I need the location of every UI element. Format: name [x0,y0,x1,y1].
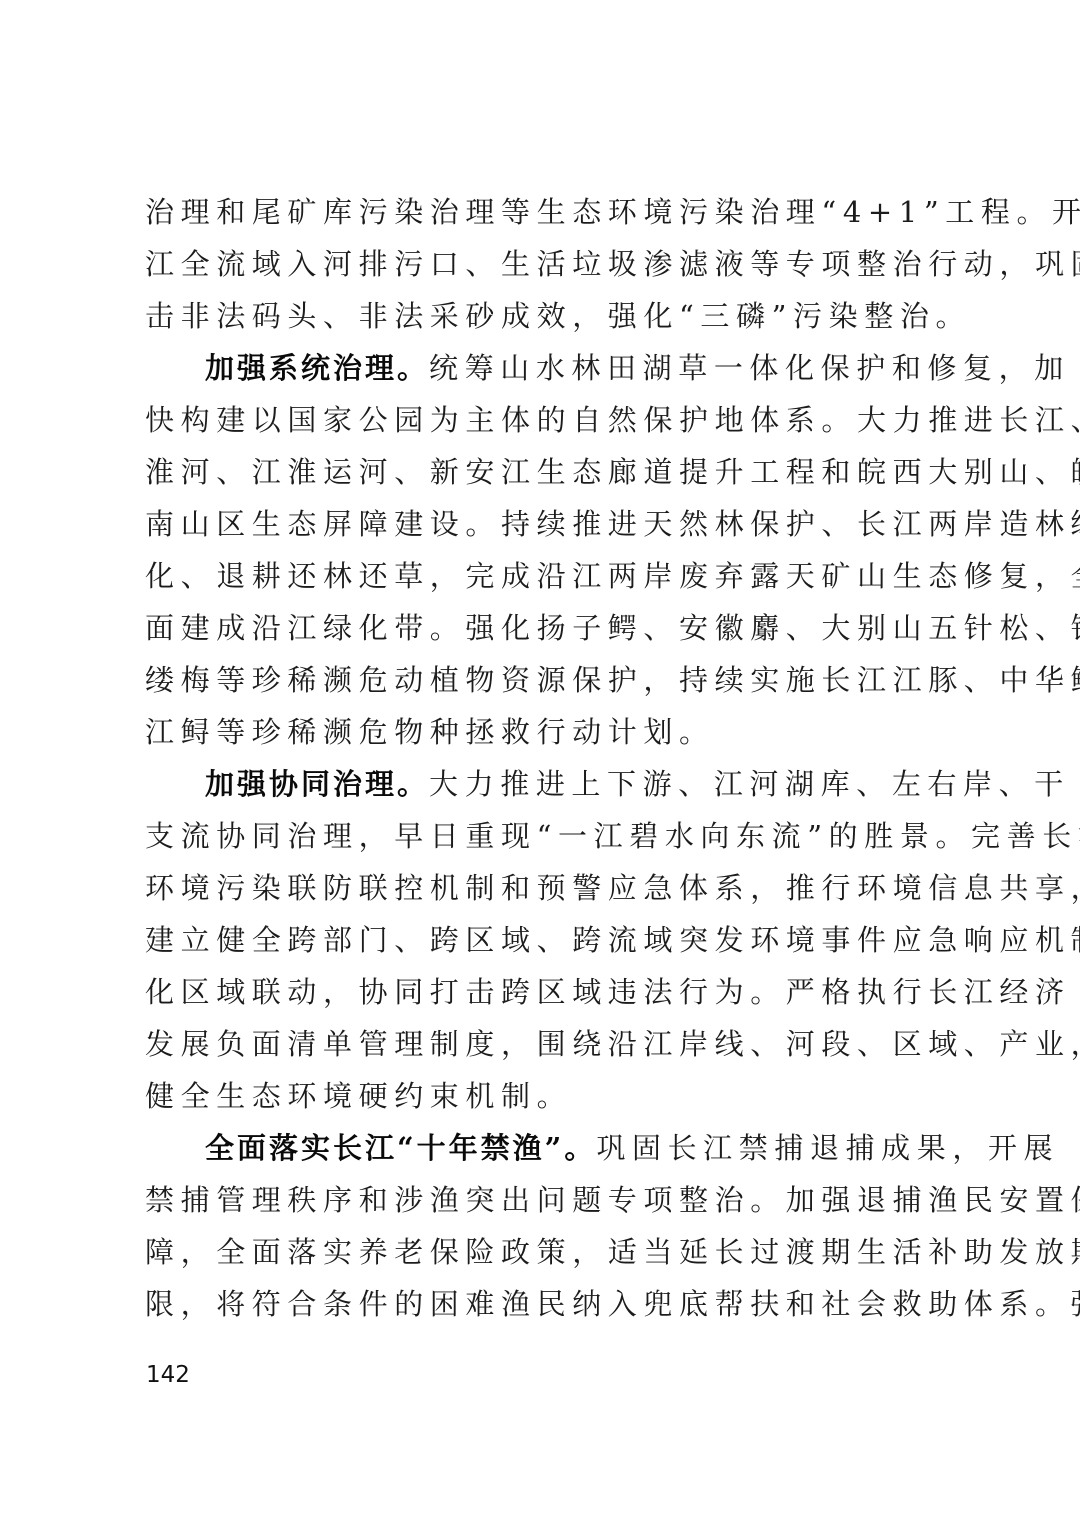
document-page: 治理和尾矿库污染治理等生态环境污染治理“4+1”工程。开展长 江全流域入河排污口… [0,0,1080,1527]
page-number: 142 [146,1362,190,1388]
text-line: 环境污染联防联控机制和预警应急体系，推行环境信息共享， [145,866,945,918]
text-line: 加强协同治理。大力推进上下游、江河湖库、左右岸、干 [145,762,945,814]
text-line: 击非法码头、非法采砂成效，强化“三磷”污染整治。 [145,294,945,346]
paragraph-fishing-ban: 全面落实长江“十年禁渔”。巩固长江禁捕退捕成果，开展 禁捕管理秩序和涉渔突出问题… [145,1126,945,1334]
text-line: 障，全面落实养老保险政策，适当延长过渡期生活补助发放期 [145,1230,945,1282]
text-line: 全面落实长江“十年禁渔”。巩固长江禁捕退捕成果，开展 [145,1126,945,1178]
text-line: 南山区生态屏障建设。持续推进天然林保护、长江两岸造林绿 [145,502,945,554]
text-line: 限，将符合条件的困难渔民纳入兜底帮扶和社会救助体系。强 [145,1282,945,1334]
text-line: 建立健全跨部门、跨区域、跨流域突发环境事件应急响应机制， 强 [145,918,945,970]
text-line: 健全生态环境硬约束机制。 [145,1074,945,1126]
text-line: 加强系统治理。统筹山水林田湖草一体化保护和修复，加 [145,346,945,398]
section-heading: 加强协同治理。 [205,767,429,801]
text-line: 治理和尾矿库污染治理等生态环境污染治理“4+1”工程。开展长 [145,190,945,242]
text-line: 禁捕管理秩序和涉渔突出问题专项整治。加强退捕渔民安置保 [145,1178,945,1230]
text-line: 江全流域入河排污口、生活垃圾渗滤液等专项整治行动，巩固 打 [145,242,945,294]
paragraph-coordinated-governance: 加强协同治理。大力推进上下游、江河湖库、左右岸、干 支流协同治理，早日重现“一江… [145,762,945,1126]
section-heading: 加强系统治理。 [205,351,429,385]
text-run: 大力推进上下游、江河湖库、左右岸、干 [429,767,1070,801]
text-line: 淮河、江淮运河、新安江生态廊道提升工程和皖西大别山、皖 [145,450,945,502]
text-line: 化、退耕还林还草，完成沿江两岸废弃露天矿山生态修复，全 [145,554,945,606]
text-line: 缕梅等珍稀濒危动植物资源保护，持续实施长江江豚、中华鲟、 长 [145,658,945,710]
text-line: 面建成沿江绿化带。强化扬子鳄、安徽麝、大别山五针松、银 [145,606,945,658]
text-run: 统筹山水林田湖草一体化保护和修复，加 [429,351,1070,385]
paragraph-system-governance: 加强系统治理。统筹山水林田湖草一体化保护和修复，加 快构建以国家公园为主体的自然… [145,346,945,762]
text-line: 化区域联动，协同打击跨区域违法行为。严格执行长江经济 带 [145,970,945,1022]
text-line: 江鲟等珍稀濒危物种拯救行动计划。 [145,710,945,762]
paragraph-pollution-control: 治理和尾矿库污染治理等生态环境污染治理“4+1”工程。开展长 江全流域入河排污口… [145,190,945,346]
text-run: 巩固长江禁捕退捕成果，开展 [596,1131,1059,1165]
text-line: 支流协同治理，早日重现“一江碧水向东流”的胜景。完善长江 [145,814,945,866]
text-line: 发展负面清单管理制度，围绕沿江岸线、河段、区域、产业， 建立 [145,1022,945,1074]
body-text: 治理和尾矿库污染治理等生态环境污染治理“4+1”工程。开展长 江全流域入河排污口… [145,190,945,1334]
section-heading: 全面落实长江“十年禁渔”。 [205,1131,596,1165]
text-line: 快构建以国家公园为主体的自然保护地体系。大力推进长江、 [145,398,945,450]
